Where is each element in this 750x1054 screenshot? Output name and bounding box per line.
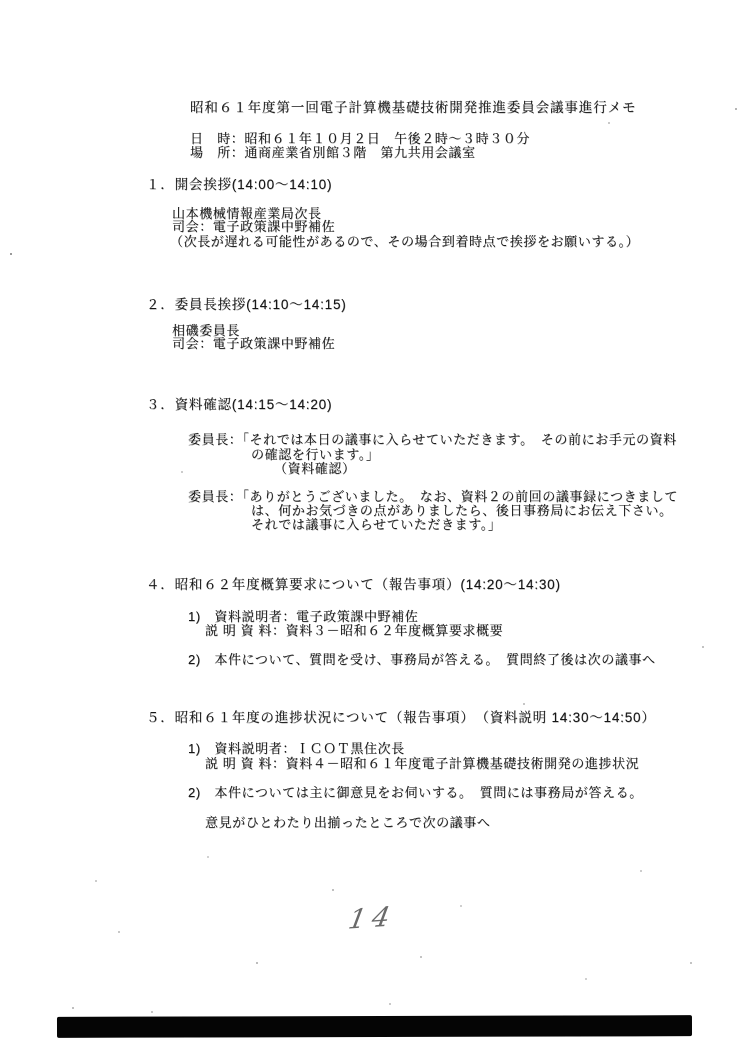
handwritten-page-number: 14: [346, 901, 399, 935]
scan-noise-specks: [0, 0, 2, 2]
section-5-line: 2) 本件については主に御意見をお伺いする。 質問には事務局が答える。: [188, 785, 643, 800]
section-5-heading: ５．昭和６１年度の進捗状況について（報告事項） （資料説明 14:30～14:5…: [146, 710, 656, 725]
section-3-heading: ３．資料確認(14:15～14:20): [146, 397, 332, 412]
document-title: 昭和６１年度第一回電子計算機基礎技術開発推進委員会議事進行メモ: [190, 100, 636, 115]
section-2-heading: ２．委員長挨拶(14:10～14:15): [146, 297, 347, 312]
section-3-line: は、何かお気づきの点がありましたら、後日事務局にお伝え下さい。: [251, 503, 673, 518]
section-1-heading: １．開会挨拶(14:00～14:10): [146, 177, 332, 192]
section-4-heading: ４．昭和６２年度概算要求について（報告事項）(14:20～14:30): [146, 577, 561, 592]
section-2-line: 司会：電子政策課中野補佐: [172, 336, 335, 351]
section-4-line: 2) 本件について、質問を受け、事務局が答える。 質問終了後は次の議事へ: [188, 652, 656, 667]
section-3-line: （資料確認）: [274, 461, 356, 476]
section-4-line: 説 明 資 料：資料３－昭和６２年度概算要求概要: [205, 623, 503, 638]
section-5-line: 説 明 資 料：資料４－昭和６１年度電子計算機基礎技術開発の進捗状況: [205, 756, 639, 771]
scan-artifact-bar: [57, 1015, 692, 1038]
section-1-line: 司会：電子政策課中野補佐: [172, 219, 335, 234]
section-3-line: 委員長：「それでは本日の議事に入らせていただきます。 その前にお手元の資料: [188, 432, 677, 447]
scanned-document-page: 昭和６１年度第一回電子計算機基礎技術開発推進委員会議事進行メモ 日 時：昭和６１…: [0, 0, 750, 1054]
meeting-datetime: 日 時：昭和６１年１０月２日 午後２時～３時３０分: [190, 131, 530, 146]
section-4-line: 1) 資料説明者：電子政策課中野補佐: [188, 609, 418, 624]
section-5-line: 意見がひとわたり出揃ったところで次の議事へ: [205, 815, 490, 830]
section-3-line: 委員長：「ありがとうございました。 なお、資料２の前回の議事録につきまして: [188, 489, 678, 504]
section-5-line: 1) 資料説明者：ＩＣＯＴ黒住次長: [188, 741, 405, 756]
section-3-line: それでは議事に入らせていただきます。」: [251, 517, 501, 532]
meeting-location: 場 所：通商産業省別館３階 第九共用会議室: [190, 145, 476, 160]
section-1-line: （次長が遅れる可能性があるので、その場合到着時点で挨拶をお願いする。）: [170, 234, 639, 249]
section-3-line: の確認を行います。」: [251, 447, 379, 462]
